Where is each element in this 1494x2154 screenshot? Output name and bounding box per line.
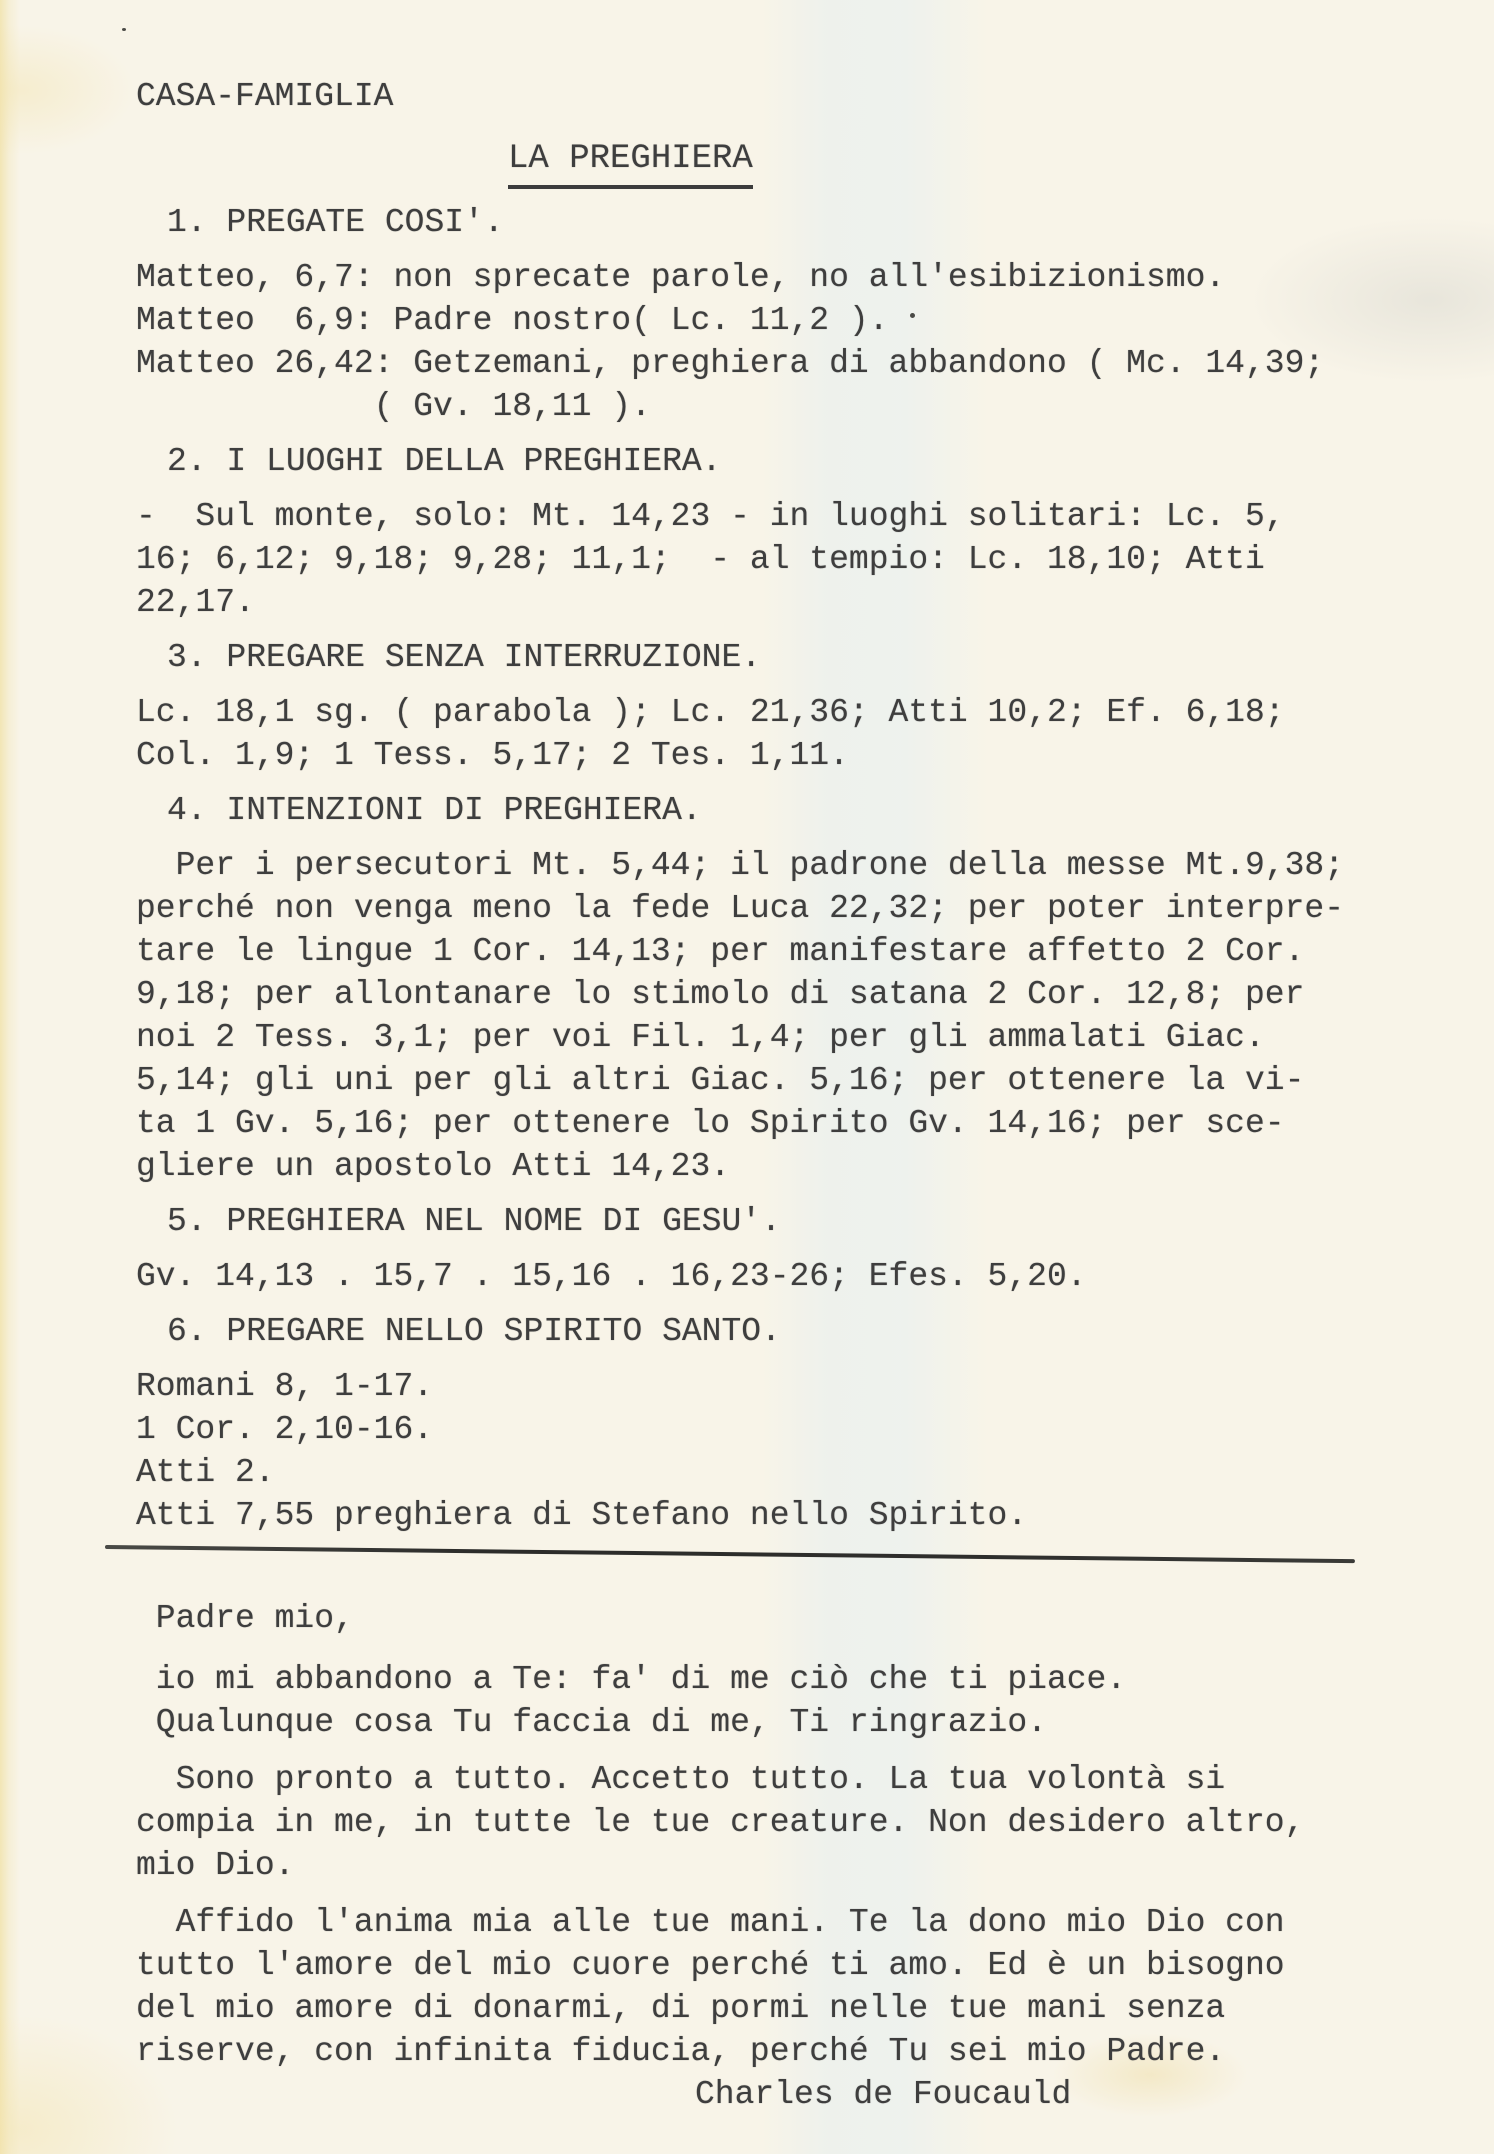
text-line: compia in me, in tutte le tue creature. … (136, 1801, 1444, 1844)
document-header: CASA-FAMIGLIA (136, 75, 1444, 118)
prayer-paragraph: io mi abbandono a Te: fa' di me ciò che … (136, 1658, 1444, 1744)
text-line: Matteo, 6,7: non sprecate parole, no all… (136, 256, 1444, 299)
text-line: 16; 6,12; 9,18; 9,28; 11,1; - al tempio:… (136, 538, 1444, 581)
text-line: gliere un apostolo Atti 14,23. (136, 1145, 1444, 1188)
text-line: 1 Cor. 2,10-16. (136, 1408, 1444, 1451)
text-line: 5,14; gli uni per gli altri Giac. 5,16; … (136, 1059, 1444, 1102)
text-line: Romani 8, 1-17. (136, 1365, 1444, 1408)
page-content: CASA-FAMIGLIA LA PREGHIERA 1. PREGATE CO… (136, 75, 1444, 2116)
section-3-heading: 3. PREGARE SENZA INTERRUZIONE. (136, 636, 1444, 679)
title-wrap: LA PREGHIERA (508, 136, 753, 189)
text-line: tutto l'amore del mio cuore perché ti am… (136, 1944, 1444, 1987)
text-line: Atti 2. (136, 1451, 1444, 1494)
text-line: del mio amore di donarmi, di pormi nelle… (136, 1987, 1444, 2030)
divider-line (105, 1545, 1355, 1563)
text-line: mio Dio. (136, 1844, 1444, 1887)
text-line: Lc. 18,1 sg. ( parabola ); Lc. 21,36; At… (136, 691, 1444, 734)
section-4-heading: 4. INTENZIONI DI PREGHIERA. (136, 789, 1444, 832)
section-2-heading: 2. I LUOGHI DELLA PREGHIERA. (136, 440, 1444, 483)
text-line: Per i persecutori Mt. 5,44; il padrone d… (136, 844, 1444, 887)
text-line: Col. 1,9; 1 Tess. 5,17; 2 Tes. 1,11. (136, 734, 1444, 777)
text-line: Affido l'anima mia alle tue mani. Te la … (136, 1901, 1444, 1944)
prayer-paragraph: Sono pronto a tutto. Accetto tutto. La t… (136, 1758, 1444, 1887)
page-title: LA PREGHIERA (508, 136, 753, 189)
section-5-heading: 5. PREGHIERA NEL NOME DI GESU'. (136, 1200, 1444, 1243)
text-line: 9,18; per allontanare lo stimolo di sata… (136, 973, 1444, 1016)
text-line: Qualunque cosa Tu faccia di me, Ti ringr… (136, 1701, 1444, 1744)
text-line: Sono pronto a tutto. Accetto tutto. La t… (136, 1758, 1444, 1801)
text-line: Atti 7,55 preghiera di Stefano nello Spi… (136, 1494, 1444, 1537)
text-line: Gv. 14,13 . 15,7 . 15,16 . 16,23-26; Efe… (136, 1255, 1444, 1298)
text-line: - Sul monte, solo: Mt. 14,23 - in luoghi… (136, 495, 1444, 538)
signature: Charles de Foucauld (695, 2073, 1444, 2116)
text-line: 22,17. (136, 581, 1444, 624)
text-line: noi 2 Tess. 3,1; per voi Fil. 1,4; per g… (136, 1016, 1444, 1059)
text-line: io mi abbandono a Te: fa' di me ciò che … (136, 1658, 1444, 1701)
text-line: perché non venga meno la fede Luca 22,32… (136, 887, 1444, 930)
scanned-typewritten-page: CASA-FAMIGLIA LA PREGHIERA 1. PREGATE CO… (0, 0, 1494, 2154)
text-line: ( Gv. 18,11 ). (136, 385, 1444, 428)
text-line: riserve, con infinita fiducia, perché Tu… (136, 2030, 1444, 2073)
text-line: Matteo 6,9: Padre nostro( Lc. 11,2 ). (136, 299, 1444, 342)
text-line: Matteo 26,42: Getzemani, preghiera di ab… (136, 342, 1444, 385)
ink-speck (122, 28, 126, 31)
section-6-heading: 6. PREGARE NELLO SPIRITO SANTO. (136, 1310, 1444, 1353)
text-line: tare le lingue 1 Cor. 14,13; per manifes… (136, 930, 1444, 973)
text-line: ta 1 Gv. 5,16; per ottenere lo Spirito G… (136, 1102, 1444, 1145)
prayer-paragraph: Affido l'anima mia alle tue mani. Te la … (136, 1901, 1444, 2073)
prayer-salutation: Padre mio, (136, 1597, 1444, 1640)
section-1-heading: 1. PREGATE COSI'. (136, 201, 1444, 244)
